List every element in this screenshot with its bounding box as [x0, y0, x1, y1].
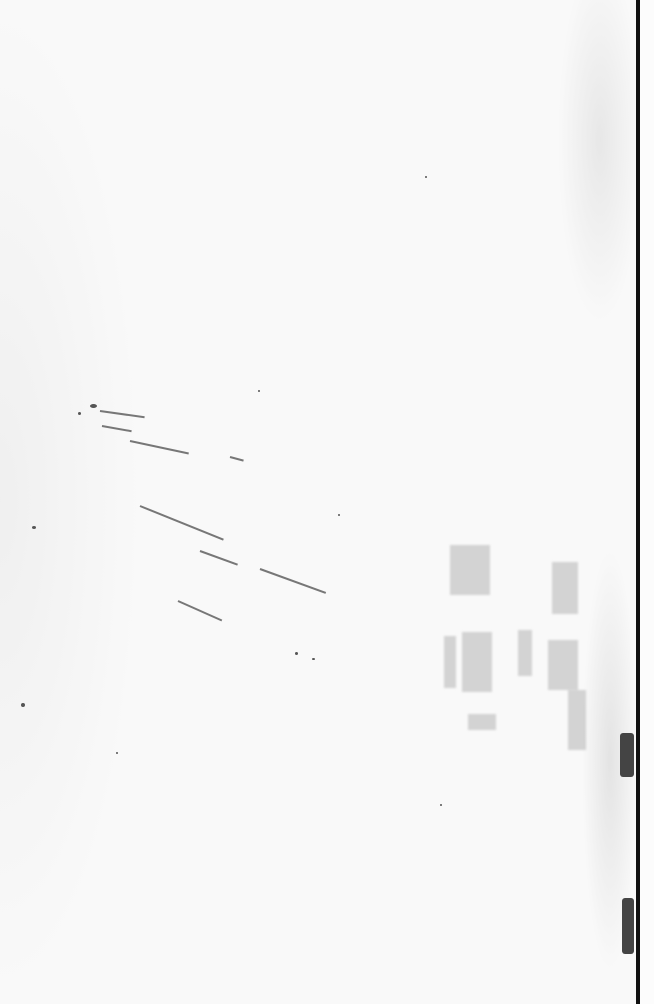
- ink-speck: [90, 404, 97, 408]
- bleed-through-mark: [450, 545, 490, 595]
- ink-speck: [116, 752, 118, 754]
- ink-speck: [440, 804, 442, 806]
- ink-speck: [312, 658, 315, 660]
- edge-blot: [620, 733, 634, 777]
- edge-blot: [622, 898, 634, 954]
- ink-speck: [338, 514, 340, 516]
- ink-streak: [230, 456, 244, 462]
- ink-streak: [130, 440, 189, 454]
- ink-streak: [140, 505, 224, 541]
- bleed-through-mark: [552, 562, 578, 614]
- ink-speck: [21, 703, 25, 707]
- page-margin-strip: [640, 0, 654, 1004]
- ink-speck: [258, 390, 260, 392]
- blank-scanned-page: [0, 0, 636, 1004]
- ink-streak: [200, 550, 238, 566]
- ink-streak: [102, 425, 132, 432]
- ink-streak: [100, 410, 145, 418]
- ink-streak: [178, 600, 223, 621]
- bleed-through-mark: [462, 632, 492, 692]
- ink-speck: [32, 526, 36, 529]
- bleed-through-mark: [468, 714, 496, 730]
- bleed-through-mark: [518, 630, 532, 676]
- bleed-through-mark: [568, 690, 586, 750]
- ink-speck: [78, 412, 81, 415]
- ink-streak: [260, 568, 326, 594]
- ink-speck: [295, 652, 298, 655]
- bleed-through-mark: [548, 640, 578, 690]
- ink-speck: [425, 176, 427, 178]
- bleed-through-mark: [444, 636, 456, 688]
